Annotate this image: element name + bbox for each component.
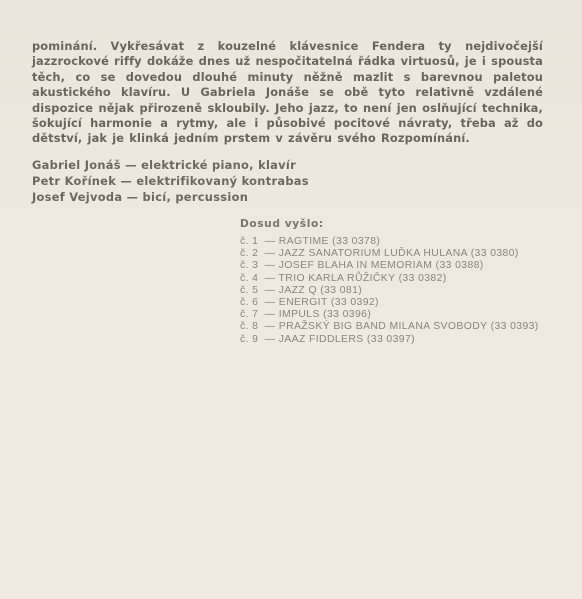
release-catalog: (33 0380) [471,248,519,259]
release-catalog: (33 0397) [367,334,415,345]
release-title: JOSEF BLAHA IN MEMORIAM [279,260,433,271]
release-catalog: (33 0378) [332,236,380,247]
musician-name: Josef Vejvoda [32,190,122,204]
liner-notes-paragraph: pominání. Vykřesávat z kouzelné klávesni… [32,39,543,147]
release-title: JAZZ SANATORIUM LUĎKA HULANA [279,248,468,259]
release-number: č. 3 [240,260,258,271]
release-number: č. 2 [240,248,258,259]
release-number: č. 8 [240,321,258,332]
released-series: Dosud vyšlo: č. 1 — RAGTIME (33 0378) č.… [240,218,539,346]
release-catalog: (33 0393) [491,321,539,332]
release-catalog: (33 0396) [323,309,371,320]
credit-line: Josef Vejvoda — bicí, percussion [32,189,309,205]
release-number: č. 7 [240,309,258,320]
release-title: JAAZ FIDDLERS [279,334,364,345]
credit-separator: — [120,174,132,188]
release-title: TRIO KARLA RŮŽIČKY [279,273,396,284]
musician-name: Petr Kořínek [32,174,116,188]
release-number: č. 6 [240,297,258,308]
musician-instrument: elektrifikovaný kontrabas [136,174,309,188]
release-title: IMPULS [279,309,320,320]
release-item: č. 6 — ENERGIT (33 0392) [240,297,539,309]
release-title: PRAŽSKÝ BIG BAND MILANA SVOBODY [279,321,488,332]
record-sleeve-page: pominání. Vykřesávat z kouzelné klávesni… [0,0,582,599]
release-item: č. 2 — JAZZ SANATORIUM LUĎKA HULANA (33 … [240,248,539,260]
release-title: ENERGIT [279,297,328,308]
musician-instrument: bicí, percussion [143,190,249,204]
credit-separator: — [127,190,139,204]
release-title: RAGTIME [279,236,329,247]
release-catalog: (33 081) [320,285,362,296]
release-catalog: (33 0388) [436,260,484,271]
release-number: č. 4 [240,273,258,284]
credit-line: Gabriel Jonáš — elektrické piano, klavír [32,157,309,173]
release-item: č. 8 — PRAŽSKÝ BIG BAND MILANA SVOBODY (… [240,321,539,333]
release-item: č. 9 — JAAZ FIDDLERS (33 0397) [240,334,539,346]
release-item: č. 4 — TRIO KARLA RŮŽIČKY (33 0382) [240,273,539,285]
release-catalog: (33 0392) [331,297,379,308]
release-item: č. 1 — RAGTIME (33 0378) [240,236,539,248]
released-series-title: Dosud vyšlo: [240,218,539,230]
release-catalog: (33 0382) [399,273,447,284]
release-item: č. 7 — IMPULS (33 0396) [240,309,539,321]
release-title: JAZZ Q [279,285,317,296]
credit-separator: — [125,158,137,172]
release-number: č. 1 [240,236,258,247]
release-number: č. 5 [240,285,258,296]
musician-name: Gabriel Jonáš [32,158,121,172]
release-item: č. 5 — JAZZ Q (33 081) [240,285,539,297]
musician-instrument: elektrické piano, klavír [141,158,296,172]
credit-line: Petr Kořínek — elektrifikovaný kontrabas [32,173,309,189]
musician-credits: Gabriel Jonáš — elektrické piano, klavír… [32,157,309,205]
release-item: č. 3 — JOSEF BLAHA IN MEMORIAM (33 0388) [240,260,539,272]
release-list: č. 1 — RAGTIME (33 0378) č. 2 — JAZZ SAN… [240,236,539,346]
release-number: č. 9 [240,334,258,345]
